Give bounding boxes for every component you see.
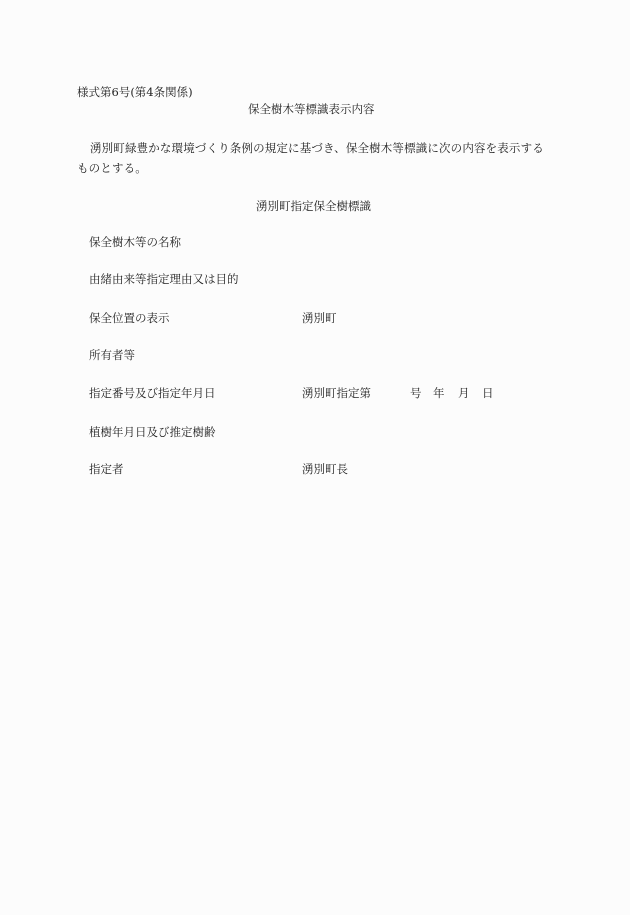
item-label: 植樹年月日及び推定樹齢 xyxy=(89,425,216,439)
intro-paragraph: 湧別町緑豊かな環境づくり条例の規定に基づき、保全樹木等標識に次の内容を表示するも… xyxy=(77,138,553,178)
month-suffix: 月 xyxy=(458,386,470,400)
item-label: 保全位置の表示 xyxy=(89,311,170,325)
form-number: 様式第6号(第4条関係) xyxy=(77,85,193,99)
document-page: 様式第6号(第4条関係) 保全樹木等標識表示内容 湧別町緑豊かな環境づくり条例の… xyxy=(0,0,630,915)
item-label: 保全樹木等の名称 xyxy=(89,235,181,249)
item-label: 指定番号及び指定年月日 xyxy=(89,386,216,400)
item-value: 湧別町指定第 xyxy=(302,386,371,400)
number-suffix: 号 xyxy=(410,386,422,400)
item-value: 湧別町 xyxy=(302,311,337,325)
day-suffix: 日 xyxy=(482,386,494,400)
item-value: 湧別町長 xyxy=(302,462,348,476)
year-suffix: 年 xyxy=(433,386,445,400)
sign-heading: 湧別町指定保全樹標識 xyxy=(256,199,371,213)
item-label: 由緒由来等指定理由又は目的 xyxy=(89,272,239,286)
item-label: 指定者 xyxy=(89,462,124,476)
item-label: 所有者等 xyxy=(89,348,135,362)
document-title: 保全樹木等標識表示内容 xyxy=(248,102,375,116)
